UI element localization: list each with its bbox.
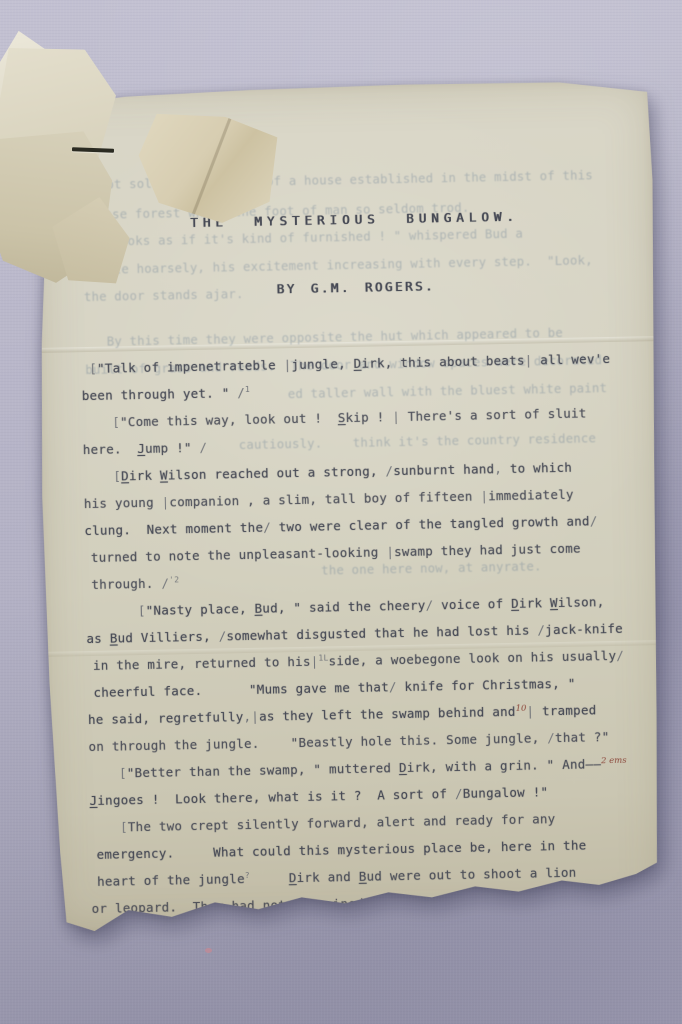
typed-line: emergency. What could this mysterious pl…	[96, 838, 586, 862]
typed-line: cheerful face. "Mums gave me that/ knife…	[93, 676, 575, 700]
typed-line: here. Jump !" /	[83, 440, 208, 457]
ghost-line: the one here now, at anyrate.	[321, 559, 542, 577]
manuscript-paper: not solve the mystery of a house establi…	[32, 78, 668, 938]
ghost-line: By this time they were opposite the hut …	[107, 326, 563, 349]
typed-line: he said, regretfully,|as they left the s…	[88, 702, 597, 727]
bleed-through-text-layer: not solve the mystery of a house establi…	[32, 78, 652, 90]
typed-line: clung. Next moment the/ two were clear o…	[84, 513, 597, 538]
typed-line: through. /'2	[91, 575, 179, 592]
typed-line: [The two crept silently forward, alert a…	[120, 811, 556, 834]
typed-line: as Bud Villiers, /somewhat disgusted tha…	[86, 621, 623, 646]
photo-scene: { "document": { "title": "THE MYSTERIOUS…	[0, 0, 682, 1024]
ghost-line: cautiously. think it's the country resid…	[239, 431, 597, 452]
typed-text-layer: ["Talk of impenetrateble |jungle, Dirk, …	[32, 78, 652, 90]
byline: BY G.M. ROGERS.	[186, 277, 526, 299]
typed-line: in the mire, returned to his|1Lside, a w…	[93, 648, 624, 673]
ghost-line: ed taller wall with the bluest white pai…	[288, 381, 608, 401]
typed-line: been through yet. " /1	[82, 385, 251, 403]
typed-line: ["Come this way, look out ! Skip ! | The…	[112, 405, 587, 429]
typed-line: Jingoes ! Look there, what is it ? A sor…	[89, 784, 548, 808]
ghost-line: "Looks as if it's kind of furnished ! " …	[105, 227, 523, 249]
typed-line: or leopard. They had not bargained with …	[91, 892, 581, 916]
ghost-line: trifle hoarsely, his excitement increasi…	[83, 253, 593, 277]
typed-line: [Dirk Wilson reached out a strong, /sunb…	[113, 460, 572, 484]
manuscript-page: not solve the mystery of a house establi…	[32, 78, 668, 938]
typed-line: on through the jungle. "Beastly hole thi…	[88, 729, 609, 754]
lint-speck	[205, 948, 212, 953]
typed-line: ["Nasty place, Bud, " said the cheery/ v…	[138, 594, 605, 618]
typed-line: ["Talk of impenetrateble |jungle, Dirk, …	[89, 351, 610, 376]
typed-line: ["Better than the swamp, " muttered Dirk…	[119, 756, 627, 781]
typed-line: heart of the jungle? Dirk and Bud were o…	[97, 865, 577, 889]
typed-line: his young |companion , a slim, tall boy …	[84, 487, 574, 511]
